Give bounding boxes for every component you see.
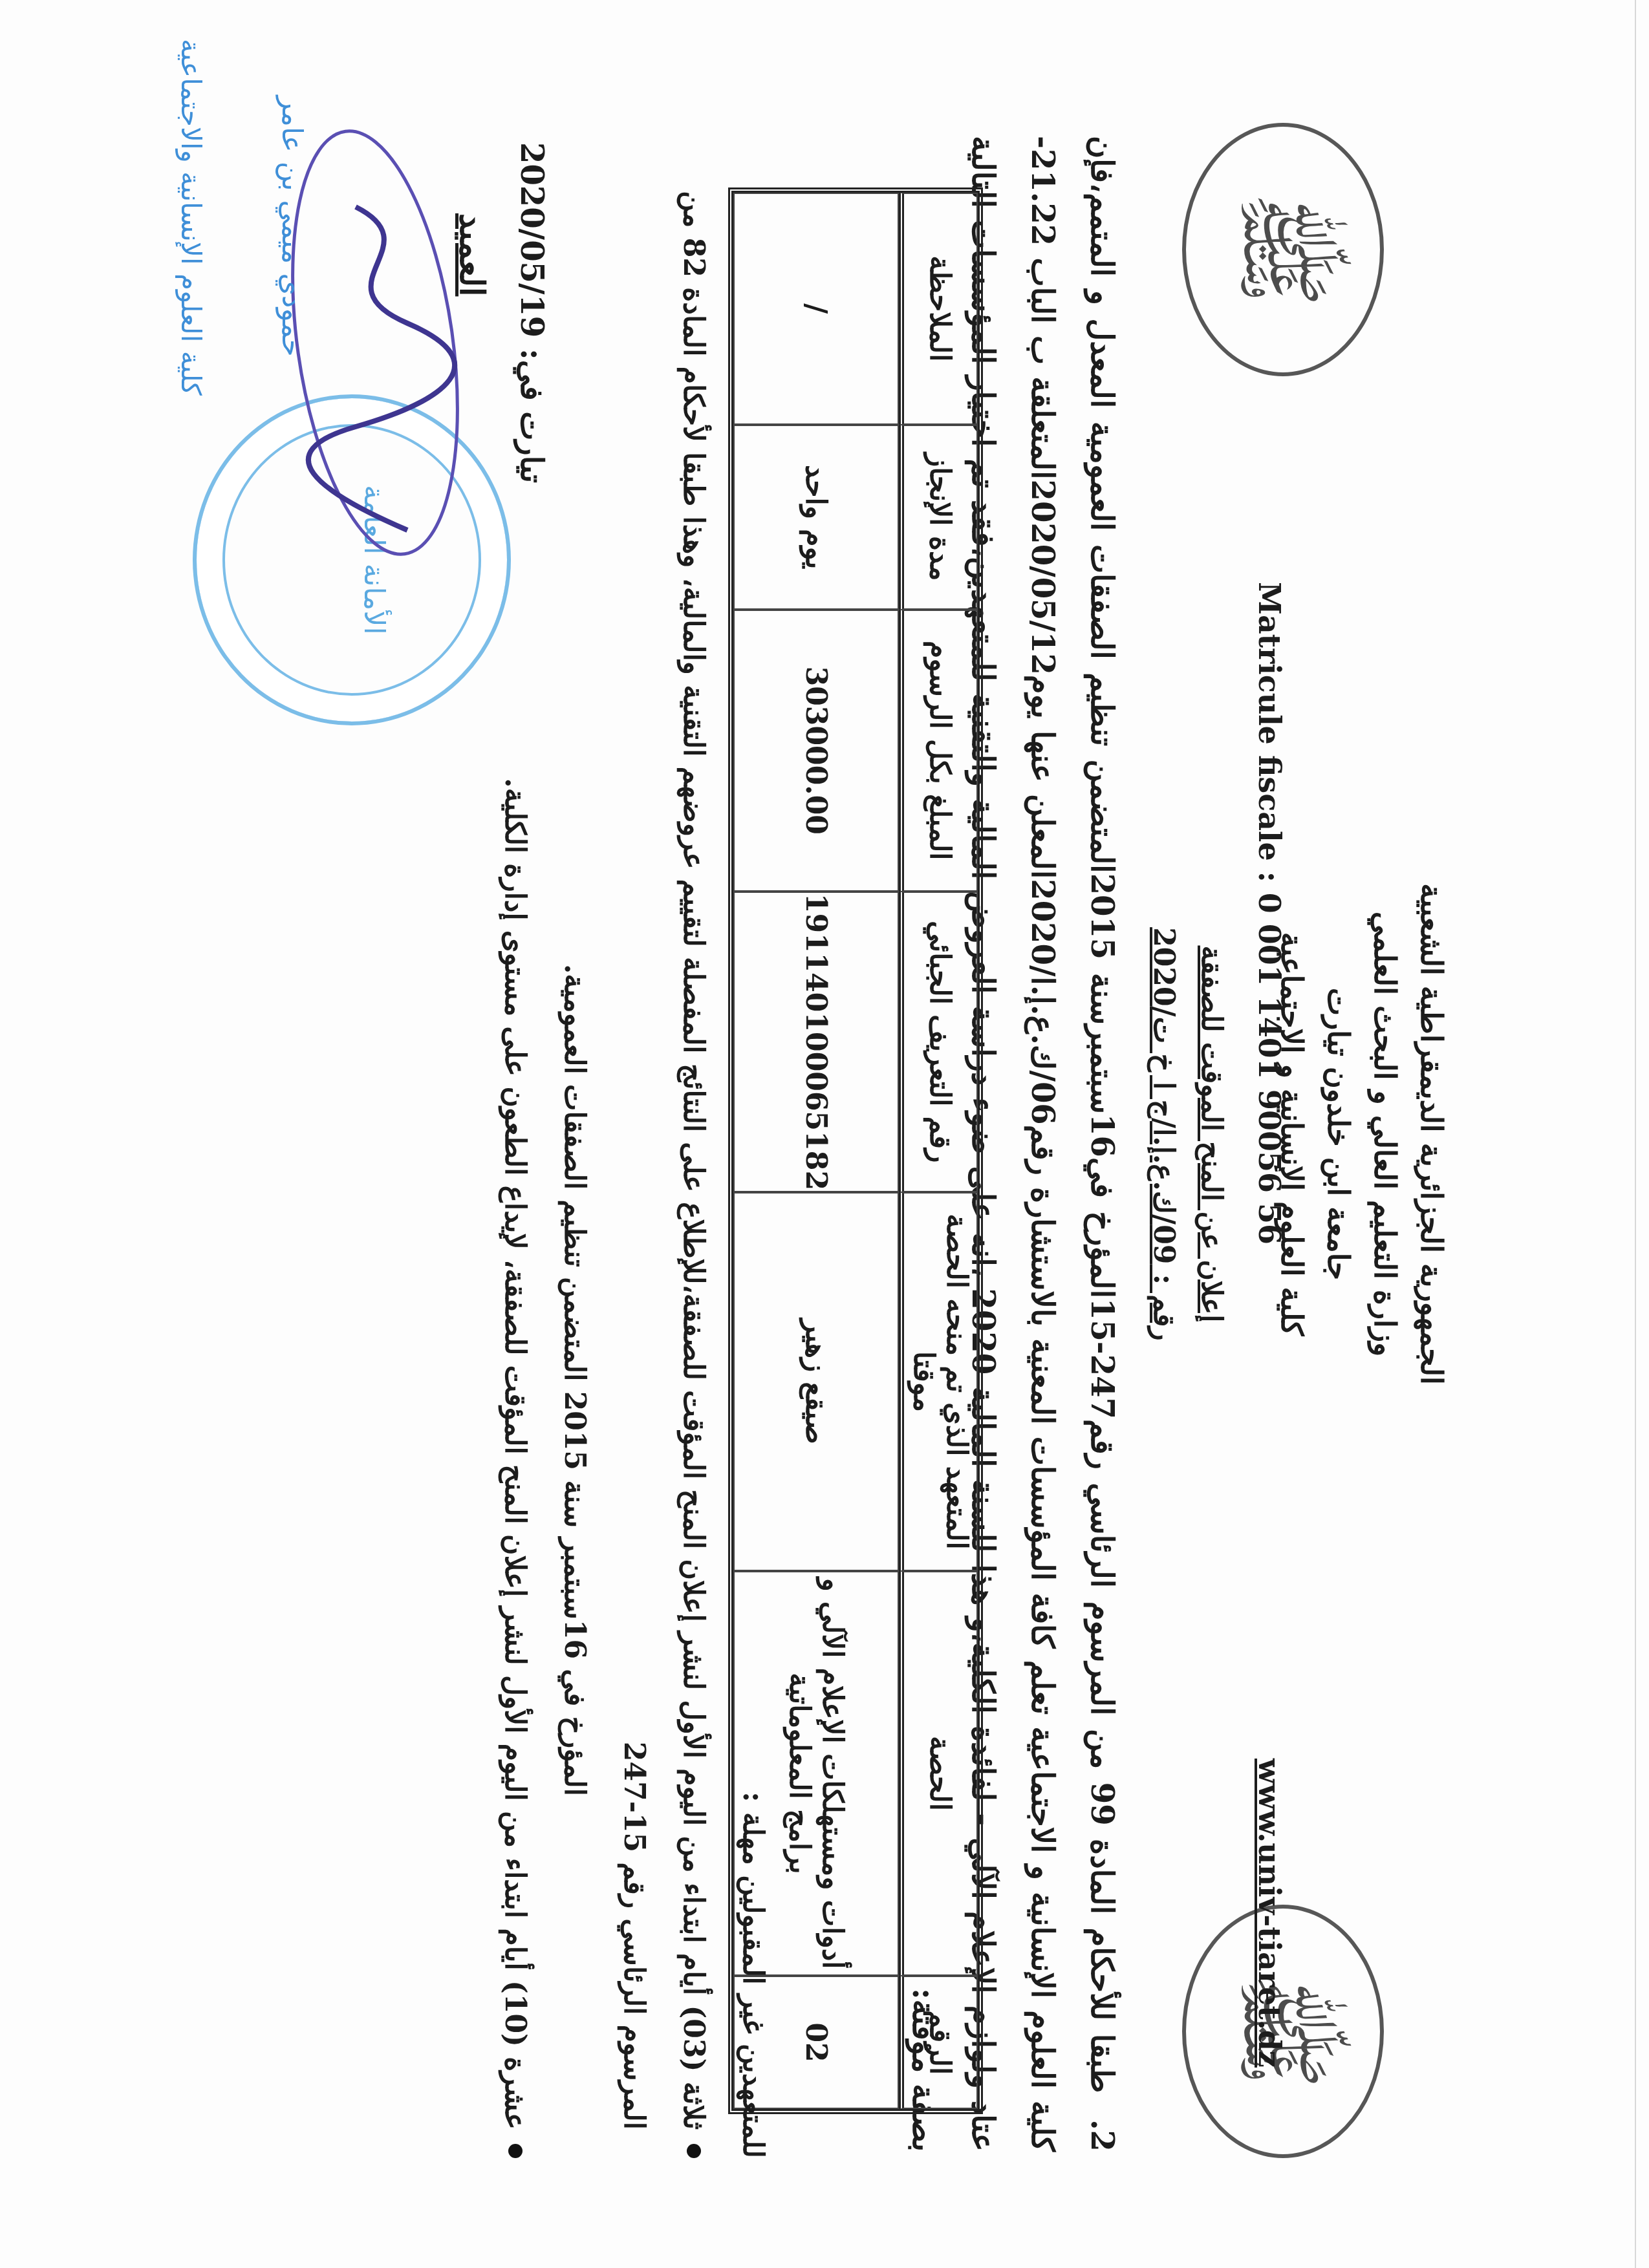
col-amount: المبلغ بكل الرسوم (899, 610, 978, 892)
republic-name: الجمهورية الجزائرية الديمقراطية الشعبية (1408, 0, 1455, 2268)
place-date: تيارت في: 2020/05/19 (513, 142, 550, 483)
col-notes: الملاحظة (899, 193, 978, 425)
university-name: جامعة ابن خلدون تيارت (1315, 0, 1362, 2268)
ministry-name: وزارة التعليم العالي و البحث العلمي (1362, 0, 1408, 2268)
bullet-continuation: المؤرخ في 16سبتمبر سنة 2015 المتضمن تنظي… (544, 116, 604, 2158)
section-number: 2. (1084, 2119, 1120, 2152)
title-line: إعلان عن المنح الموقت للصفقة (1187, 0, 1235, 2268)
col-number: الرقم (899, 1976, 978, 2109)
website-link[interactable]: www.univ-tiaret.dz (1252, 1759, 1287, 2068)
handwritten-faculty: كلية العلوم الإنسانية والاجتماعية (175, 39, 207, 396)
col-bidder: المتعهد الذي تم منحه الحصة موقتا (899, 1192, 978, 1571)
scan-edge-line (1635, 0, 1636, 2268)
bullet-icon (687, 2144, 701, 2158)
bullet-text: عشرة (10) أيام ابتداء من اليوم الأول لنش… (485, 778, 544, 2130)
col-tax-id: رقم التعريف الجبائي (899, 892, 978, 1192)
reference-number: رقم : 09/ك.ع.إ.ا/ج ا خ ت/2020 (1139, 0, 1187, 2268)
announcement-title: إعلان عن المنح الموقت للصفقة رقم : 09/ك.… (1139, 0, 1235, 2268)
letterhead: الجمهورية الجزائرية الديمقراطية الشعبية … (1269, 0, 1455, 2268)
appeal-intro: للمتعهدين غير المقبولين مهلة : (723, 116, 782, 2158)
fiscal-id: Matricule fiscale : 0 001 1401 90056 56 (1252, 582, 1287, 1245)
bullet-icon (508, 2144, 523, 2158)
col-lot: الحصة (899, 1571, 978, 1976)
list-item: ثلاثة (03) أيام ابتداء من اليوم الأول لن… (604, 116, 723, 2158)
table-header-row: الرقم الحصة المتعهد الذي تم منحه الحصة م… (899, 193, 978, 2109)
signatory-title: العميد (452, 213, 491, 296)
bullet-text: ثلاثة (03) أيام ابتداء من اليوم الأول لن… (604, 116, 723, 2130)
document-page: ﷺ ﷺ الجمهورية الجزائرية الديمقراطية الشع… (0, 0, 1649, 2268)
col-duration: مدة الإنجاز (899, 425, 978, 610)
handwritten-name: حمودي ميمي بن عامر (273, 78, 310, 375)
